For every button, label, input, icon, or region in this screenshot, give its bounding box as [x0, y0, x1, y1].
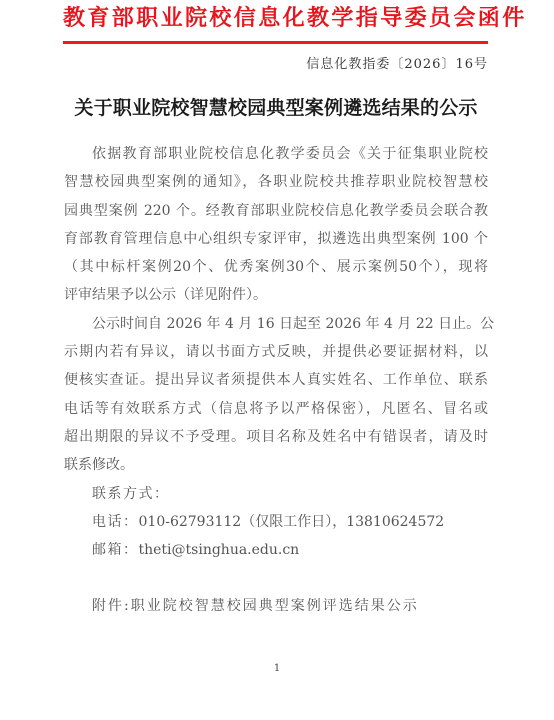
attachment-note: 附件:职业院校智慧校园典型案例评选结果公示	[92, 593, 419, 619]
document-number: 信息化教指委〔2026〕16号	[306, 56, 488, 74]
paragraph-1-line: 评审结果予以公示（详见附件）。	[64, 281, 488, 309]
paragraph-2-line: 联系修改。	[64, 451, 488, 479]
email-link[interactable]: theti@tsinghua.edu.cn	[139, 542, 300, 558]
document-title: 关于职业院校智慧校园典型案例遴选结果的公示	[64, 94, 488, 122]
contact-heading: 联系方式：	[92, 480, 444, 508]
paragraph-2-line: 便核实查证。提出异议者须提供本人真实姓名、工作单位、联系	[64, 366, 488, 394]
letterhead-red-rule	[63, 41, 488, 44]
page-number: 1	[0, 662, 554, 676]
contact-block: 联系方式： 电话：010-62793112（仅限工作日），13810624572…	[92, 480, 444, 564]
paragraph-2-line: 电话等有效联系方式（信息将予以严格保密），凡匿名、冒名或	[64, 395, 488, 423]
email-label: 邮箱：	[92, 542, 139, 558]
paragraph-2-line: 示期内若有异议，请以书面方式反映，并提供必要证据材料，以	[64, 338, 488, 366]
paragraph-1-line: 育部教育管理信息中心组织专家评审，拟遴选出典型案例 100 个	[64, 225, 488, 253]
phone-value: 010-62793112（仅限工作日），13810624572	[139, 514, 445, 530]
document-page: 教育部职业院校信息化教学指导委员会函件 信息化教指委〔2026〕16号 关于职业…	[0, 0, 554, 720]
document-body: 依据教育部职业院校信息化教学委员会《关于征集职业院校 智慧校园典型案例的通知》，…	[64, 140, 488, 480]
letterhead-title: 教育部职业院校信息化教学指导委员会函件	[63, 3, 488, 35]
paragraph-1-line: 依据教育部职业院校信息化教学委员会《关于征集职业院校	[64, 140, 488, 168]
paragraph-1-line: 园典型案例 220 个。经教育部职业院校信息化教学委员会联合教	[64, 197, 488, 225]
contact-phone: 电话：010-62793112（仅限工作日），13810624572	[92, 508, 444, 536]
paragraph-2-line: 超出期限的异议不予受理。项目名称及姓名中有错误者，请及时	[64, 423, 488, 451]
phone-label: 电话：	[92, 514, 139, 530]
paragraph-2-line: 公示时间自 2026 年 4 月 16 日起至 2026 年 4 月 22 日止…	[64, 310, 488, 338]
contact-email: 邮箱：theti@tsinghua.edu.cn	[92, 536, 444, 564]
paragraph-1-line: （其中标杆案例20个、优秀案例30个、展示案例50个），现将	[64, 253, 488, 281]
paragraph-1-line: 智慧校园典型案例的通知》，各职业院校共推荐职业院校智慧校	[64, 168, 488, 196]
